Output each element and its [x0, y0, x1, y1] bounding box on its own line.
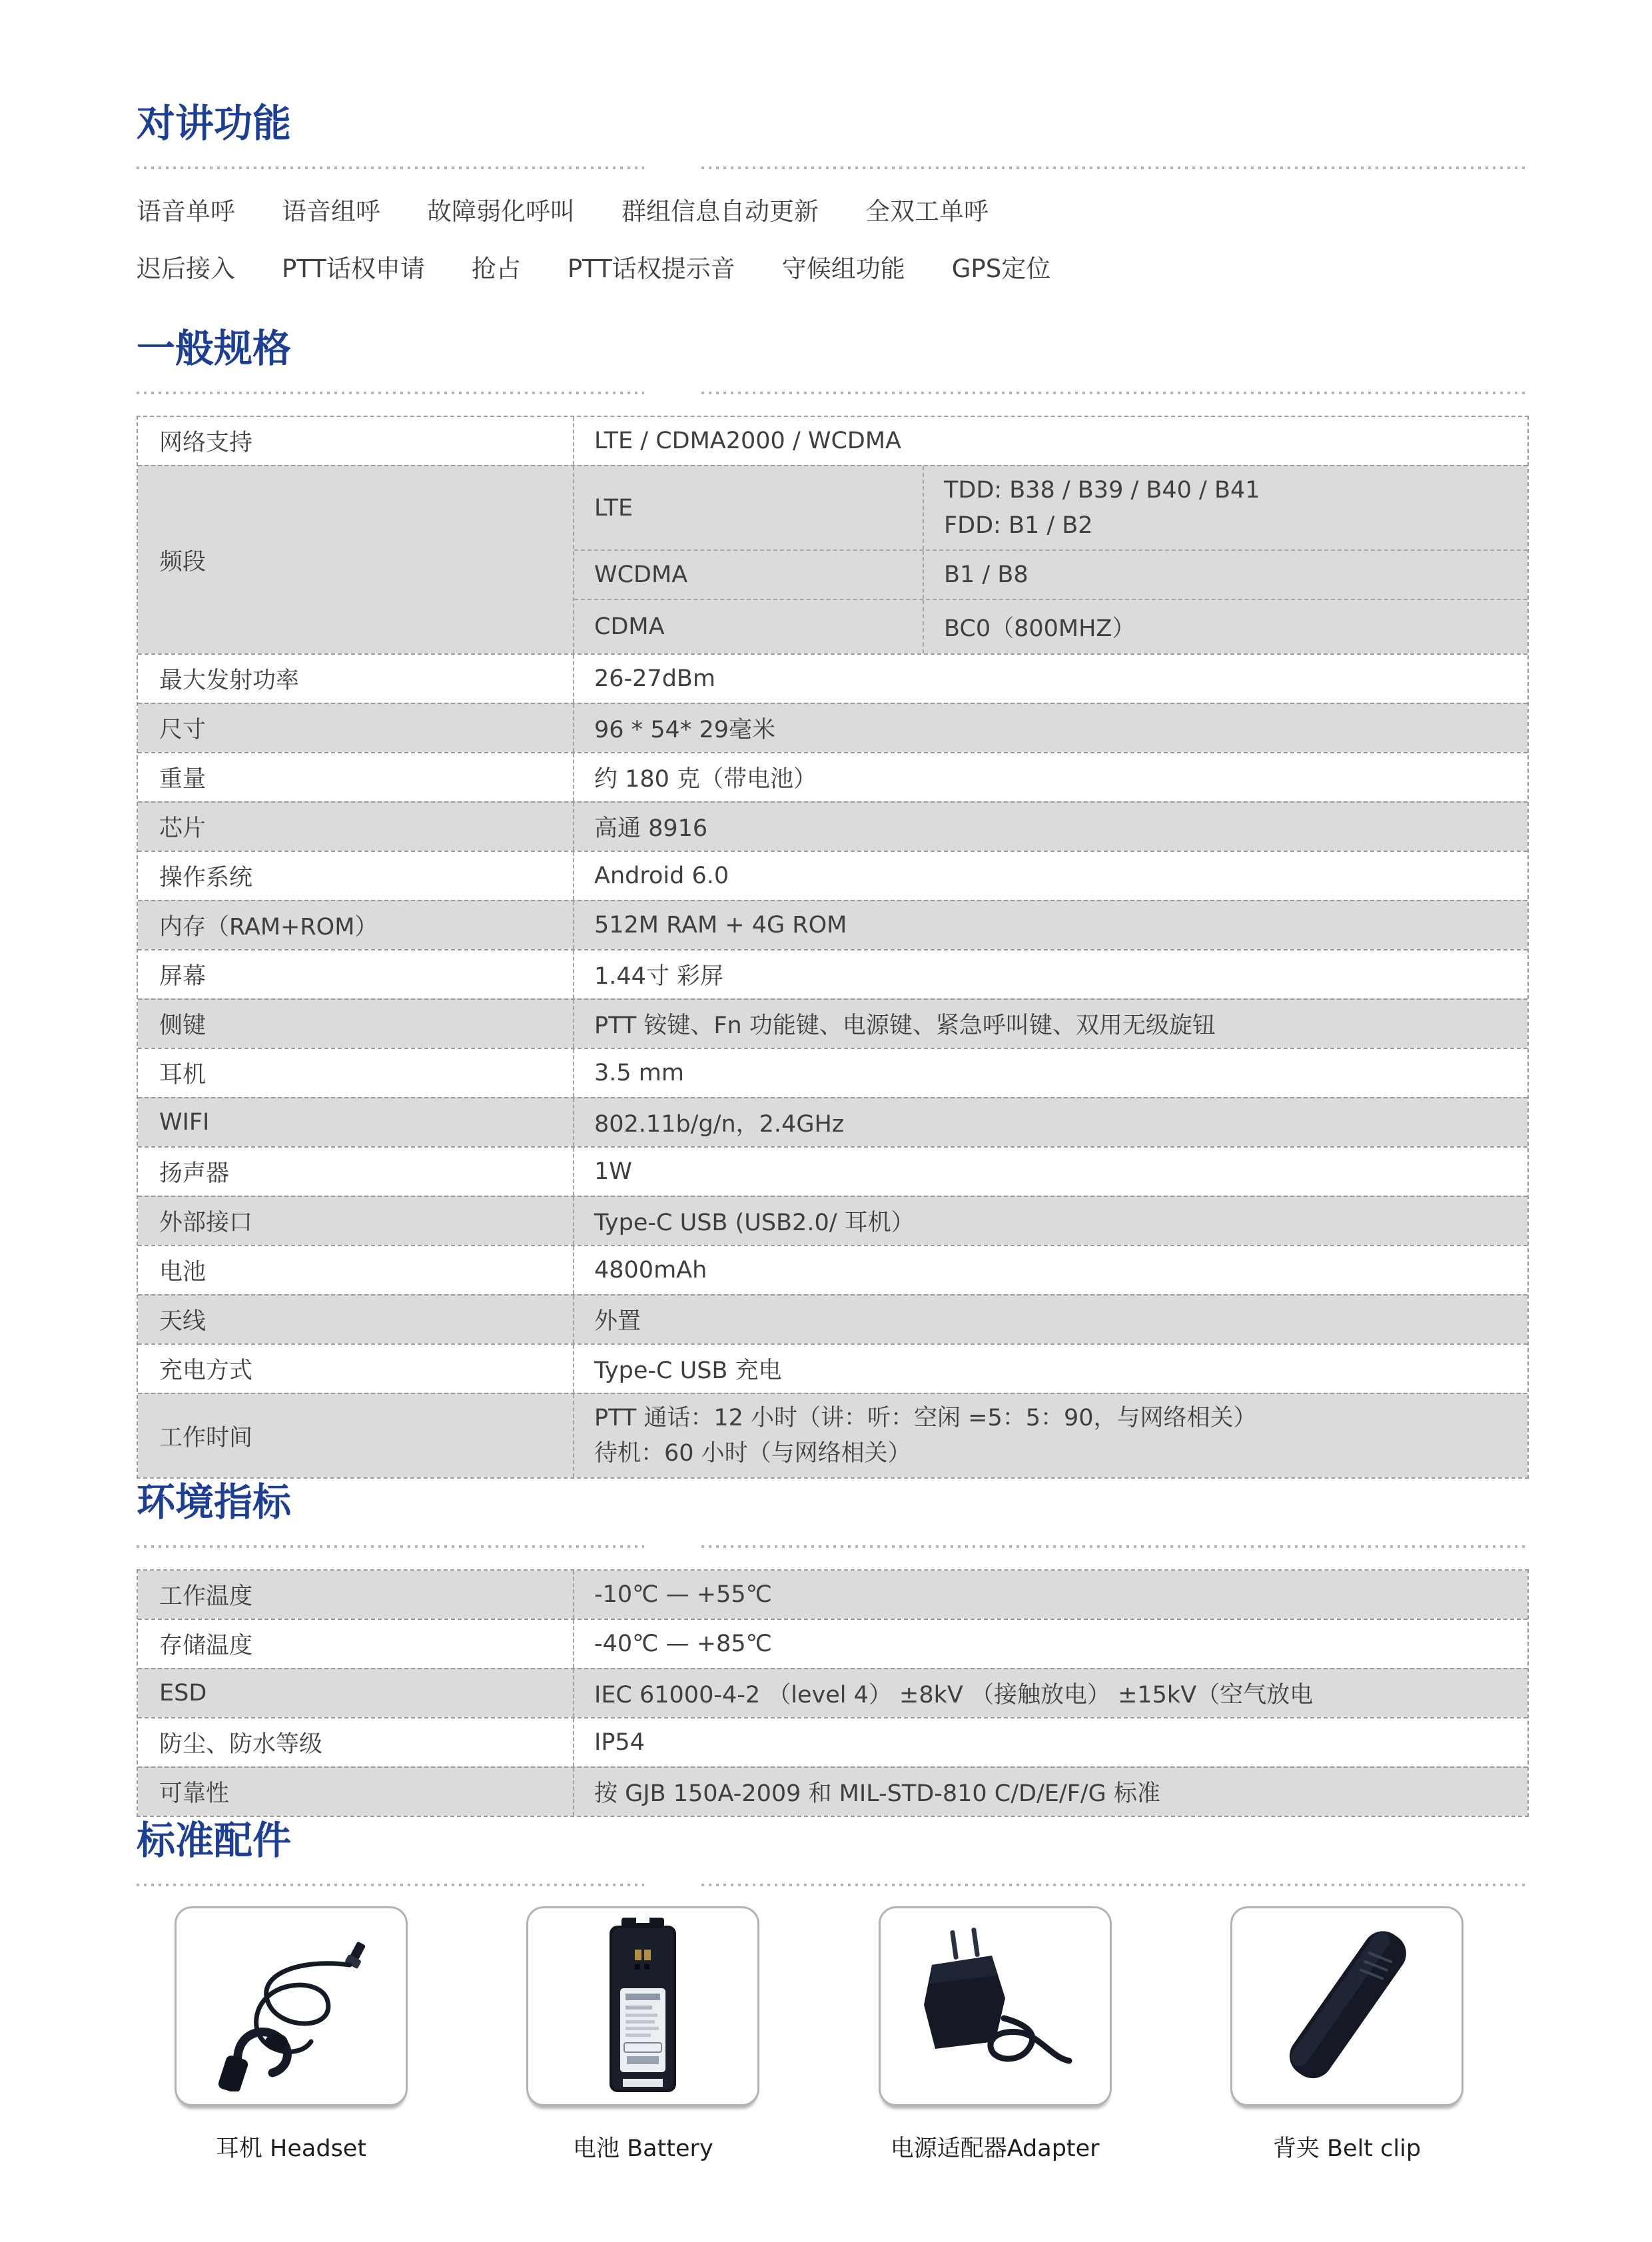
spec-label: 天线 — [138, 1296, 574, 1343]
table-row: 内存（RAM+ROM） 512M RAM + 4G ROM — [138, 900, 1527, 949]
spec-label: 屏幕 — [138, 950, 574, 998]
spec-label: 充电方式 — [138, 1345, 574, 1393]
spec-value: 外置 — [574, 1296, 1527, 1343]
band-value: TDD: B38 / B39 / B40 / B41 FDD: B1 / B2 — [924, 466, 1527, 550]
table-row: 充电方式 Type-C USB 充电 — [138, 1343, 1527, 1393]
accessory-label-adapter: 电源适配器Adapter — [879, 2130, 1112, 2163]
table-row: 侧键 PTT 铵键、Fn 功能键、电源键、紧急呼叫键、双用无级旋钮 — [138, 998, 1527, 1048]
accessory-label-headset: 耳机 Headset — [175, 2130, 408, 2163]
band-value: B1 / B8 — [924, 551, 1527, 599]
feature-item: 群组信息自动更新 — [621, 197, 819, 226]
spec-value: PTT 通话：12 小时（讲：听：空闲 =5：5：90，与网络相关） 待机：60… — [574, 1394, 1527, 1477]
feature-item: 语音组呼 — [282, 197, 380, 226]
accessory-label-belt-clip: 背夹 Belt clip — [1230, 2130, 1463, 2163]
table-row: 芯片 高通 8916 — [138, 801, 1527, 851]
spec-value: Android 6.0 — [574, 852, 1527, 900]
table-row: 可靠性 按 GJB 150A-2009 和 MIL-STD-810 C/D/E/… — [138, 1766, 1527, 1816]
feature-item: 全双工单呼 — [865, 197, 989, 226]
spec-label: 工作时间 — [138, 1394, 574, 1477]
spec-label: 网络支持 — [138, 417, 574, 465]
spec-label: 工作温度 — [138, 1571, 574, 1619]
table-row: 操作系统 Android 6.0 — [138, 851, 1527, 900]
spec-label: 尺寸 — [138, 704, 574, 752]
spec-label: 扬声器 — [138, 1148, 574, 1196]
spec-value: 26-27dBm — [574, 655, 1527, 703]
table-row: 扬声器 1W — [138, 1146, 1527, 1196]
spec-value: 按 GJB 150A-2009 和 MIL-STD-810 C/D/E/F/G … — [574, 1768, 1527, 1816]
table-row: 天线 外置 — [138, 1294, 1527, 1343]
table-row: 工作时间 PTT 通话：12 小时（讲：听：空闲 =5：5：90，与网络相关） … — [138, 1393, 1527, 1477]
band-value: BC0（800MHZ） — [924, 600, 1527, 653]
dotted-separator — [137, 167, 1529, 169]
accessory-card-headset — [175, 1906, 408, 2106]
spec-label: 可靠性 — [138, 1768, 574, 1816]
battery-image — [596, 1915, 689, 2097]
general-spec-table: 网络支持 LTE / CDMA2000 / WCDMA 频段 LTE TDD: … — [137, 416, 1529, 1479]
spec-value: Type-C USB 充电 — [574, 1345, 1527, 1393]
table-row: 外部接口 Type-C USB (USB2.0/ 耳机） — [138, 1196, 1527, 1245]
spec-value: LTE / CDMA2000 / WCDMA — [574, 417, 1527, 465]
band-sub-row: CDMA BC0（800MHZ） — [574, 599, 1527, 653]
feature-row-2: 迟后接入 PTT话权申请 抢占 PTT话权提示音 守候组功能 GPS定位 — [137, 254, 1529, 284]
accessory-cards — [137, 1906, 1529, 2106]
feature-item: PTT话权提示音 — [568, 254, 735, 284]
accessory-card-adapter — [879, 1906, 1112, 2106]
spec-value: PTT 铵键、Fn 功能键、电源键、紧急呼叫键、双用无级旋钮 — [574, 1000, 1527, 1048]
band-name: CDMA — [574, 600, 924, 653]
spec-label: 耳机 — [138, 1049, 574, 1097]
spec-label: 频段 — [138, 466, 574, 653]
table-row: 耳机 3.5 mm — [138, 1048, 1527, 1097]
spec-value: 96 * 54* 29毫米 — [574, 704, 1527, 752]
section-title-intercom-features: 对讲功能 — [137, 100, 1529, 147]
spec-value: 1W — [574, 1148, 1527, 1196]
spec-value: 高通 8916 — [574, 803, 1527, 851]
spec-label: 侧键 — [138, 1000, 574, 1048]
band-name: WCDMA — [574, 551, 924, 599]
feature-item: GPS定位 — [952, 254, 1050, 284]
feature-row-1: 语音单呼 语音组呼 故障弱化呼叫 群组信息自动更新 全双工单呼 — [137, 197, 1529, 226]
spec-label: 防尘、防水等级 — [138, 1718, 574, 1766]
dotted-separator — [137, 1545, 1529, 1548]
table-row: WIFI 802.11b/g/n，2.4GHz — [138, 1097, 1527, 1146]
spec-label: ESD — [138, 1669, 574, 1717]
band-name: LTE — [574, 466, 924, 550]
spec-value: Type-C USB (USB2.0/ 耳机） — [574, 1197, 1527, 1245]
section-title-environment: 环境指标 — [137, 1479, 1529, 1525]
environment-spec-table: 工作温度 -10℃ — +55℃ 存储温度 -40℃ — +85℃ ESD IE… — [137, 1569, 1529, 1817]
spec-label: WIFI — [138, 1098, 574, 1146]
feature-item: 迟后接入 — [137, 254, 235, 284]
feature-item: PTT话权申请 — [282, 254, 425, 284]
section-title-accessories: 标准配件 — [137, 1817, 1529, 1864]
accessory-card-battery — [526, 1906, 759, 2106]
spec-value: 4800mAh — [574, 1246, 1527, 1294]
spec-value: -40℃ — +85℃ — [574, 1620, 1527, 1668]
spec-value: 3.5 mm — [574, 1049, 1527, 1097]
feature-item: 抢占 — [472, 254, 521, 284]
spec-value: IP54 — [574, 1718, 1527, 1766]
spec-value: 512M RAM + 4G ROM — [574, 901, 1527, 949]
feature-item: 故障弱化呼叫 — [427, 197, 575, 226]
table-row: 电池 4800mAh — [138, 1245, 1527, 1294]
spec-label: 存储温度 — [138, 1620, 574, 1668]
table-row: 尺寸 96 * 54* 29毫米 — [138, 703, 1527, 752]
table-row: 防尘、防水等级 IP54 — [138, 1717, 1527, 1766]
table-row: 工作温度 -10℃ — +55℃ — [138, 1571, 1527, 1619]
belt-clip-image — [1257, 1915, 1437, 2097]
dotted-separator — [137, 1884, 1529, 1886]
feature-item: 守候组功能 — [782, 254, 905, 284]
spec-value: 约 180 克（带电池） — [574, 753, 1527, 801]
table-row: ESD IEC 61000-4-2 （level 4） ±8kV （接触放电） … — [138, 1668, 1527, 1717]
spec-label: 最大发射功率 — [138, 655, 574, 703]
spec-label: 内存（RAM+ROM） — [138, 901, 574, 949]
spec-value: 802.11b/g/n，2.4GHz — [574, 1098, 1527, 1146]
accessory-label-battery: 电池 Battery — [526, 2130, 759, 2163]
accessory-card-belt-clip — [1230, 1906, 1463, 2106]
headset-image — [198, 1918, 384, 2094]
spec-value: -10℃ — +55℃ — [574, 1571, 1527, 1619]
table-row: 屏幕 1.44寸 彩屏 — [138, 949, 1527, 998]
spec-label: 操作系统 — [138, 852, 574, 900]
accessory-captions: 耳机 Headset 电池 Battery 电源适配器Adapter 背夹 Be… — [137, 2130, 1529, 2163]
spec-label: 外部接口 — [138, 1197, 574, 1245]
dotted-separator — [137, 392, 1529, 394]
table-row: 重量 约 180 克（带电池） — [138, 752, 1527, 801]
section-title-general-specs: 一般规格 — [137, 325, 1529, 372]
spec-value: IEC 61000-4-2 （level 4） ±8kV （接触放电） ±15k… — [574, 1669, 1527, 1717]
table-row: 最大发射功率 26-27dBm — [138, 653, 1527, 703]
spec-label: 电池 — [138, 1246, 574, 1294]
spec-label: 重量 — [138, 753, 574, 801]
band-sub-row: LTE TDD: B38 / B39 / B40 / B41 FDD: B1 /… — [574, 466, 1527, 550]
power-adapter-image — [905, 1918, 1085, 2094]
table-row: 存储温度 -40℃ — +85℃ — [138, 1619, 1527, 1668]
table-row-band: 频段 LTE TDD: B38 / B39 / B40 / B41 FDD: B… — [138, 465, 1527, 653]
spec-label: 芯片 — [138, 803, 574, 851]
spec-sheet-page: 对讲功能 语音单呼 语音组呼 故障弱化呼叫 群组信息自动更新 全双工单呼 迟后接… — [0, 0, 1652, 2163]
band-sub-row: WCDMA B1 / B8 — [574, 550, 1527, 599]
feature-item: 语音单呼 — [137, 197, 235, 226]
spec-value: 1.44寸 彩屏 — [574, 950, 1527, 998]
table-row: 网络支持 LTE / CDMA2000 / WCDMA — [138, 417, 1527, 465]
